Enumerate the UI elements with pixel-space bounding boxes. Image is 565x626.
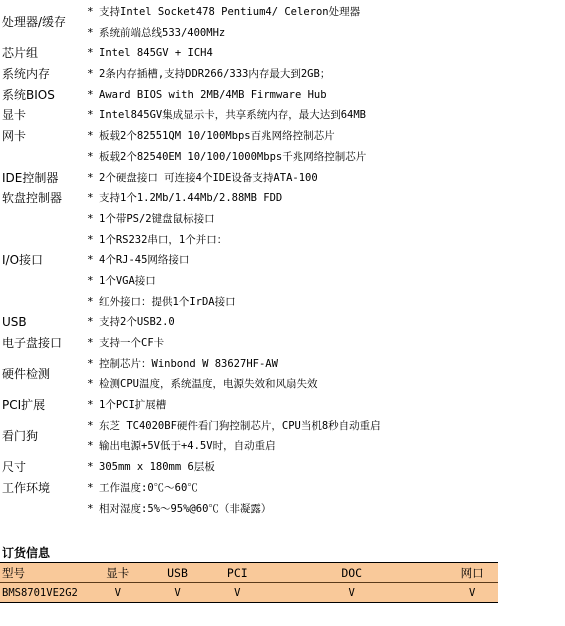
bullet-icon: * [87,271,94,292]
bullet-icon: * [87,374,94,395]
spec-row-cpu-cont: * 系统前端总线533/400MHz [0,23,565,44]
spec-row-chipset: 芯片组 * Intel 845GV + ICH4 [0,43,565,64]
spec-list: 处理器/缓存 * 支持Intel Socket478 Pentium4/ Cel… [0,2,565,519]
spec-item: 1个带PS/2键盘鼠标接口 [99,209,215,230]
header-lan: 网口 [446,563,498,583]
spec-item: 相对湿度:5%～95%@60℃（非凝露） [99,499,271,520]
bullet-icon: * [87,292,94,313]
spec-row-io-4: * 1个VGA接口 [0,271,565,292]
spec-label: 网卡 [2,126,26,147]
bullet-icon: * [87,354,94,375]
spec-row-usb: USB * 支持2个USB2.0 [0,312,565,333]
spec-label: 芯片组 [2,43,38,64]
spec-item: 支持2个USB2.0 [99,312,175,333]
spec-row-io-5: * 红外接口：提供1个IrDA接口 [0,292,565,313]
spec-item: 工作温度:0℃～60℃ [99,478,198,499]
spec-label: 电子盘接口 [2,333,62,354]
spec-row-cpu: 处理器/缓存 * 支持Intel Socket478 Pentium4/ Cel… [0,2,565,23]
spec-item: 支持一个CF卡 [99,333,164,354]
spec-item: 支持Intel Socket478 Pentium4/ Celeron处理器 [99,2,360,23]
header-usb: USB [138,563,218,583]
bullet-icon: * [87,250,94,271]
spec-row-watchdog-cont: * 输出电源+5V低于+4.5V时，自动重启 [0,436,565,457]
bullet-icon: * [87,416,94,437]
cell-lan: V [446,583,498,603]
spec-row-memory: 系统内存 * 2条内存插槽,支持DDR266/333内存最大到2GB； [0,64,565,85]
spec-label: IDE控制器 [2,168,58,189]
spec-row-ide: IDE控制器 * 2个硬盘接口 可连接4个IDE设备支持ATA-100 [0,168,565,189]
spec-label: USB [2,312,27,333]
bullet-icon: * [87,188,94,209]
spec-item: 红外接口：提供1个IrDA接口 [99,292,236,313]
bullet-icon: * [87,126,94,147]
spec-item: 东芝 TC4020BF硬件看门狗控制芯片，CPU当机8秒自动重启 [99,416,381,437]
cell-model: BMS8701VE2G2 [0,583,98,603]
spec-row-network: 网卡 * 板载2个82551QM 10/100Mbps百兆网络控制芯片 [0,126,565,147]
cell-usb: V [138,583,218,603]
spec-item: 1个PCI扩展槽 [99,395,166,416]
spec-label: 显卡 [2,105,26,126]
spec-row-graphics: 显卡 * Intel845GV集成显示卡，共享系统内存，最大达到64MB [0,105,565,126]
spec-item: 系统前端总线533/400MHz [99,23,225,44]
order-table-header: 型号 显卡 USB PCI DOC 网口 [0,563,498,583]
spec-row-hw-monitor-cont: * 检测CPU温度，系统温度，电源失效和风扇失效 [0,374,565,395]
spec-label: PCI扩展 [2,395,45,416]
bullet-icon: * [87,105,94,126]
spec-item: 1个RS232串口，1个并口： [99,230,227,251]
order-info-title: 订货信息 [2,544,50,561]
header-graphics: 显卡 [98,563,138,583]
header-model: 型号 [0,563,98,583]
spec-row-bios: 系统BIOS * Award BIOS with 2MB/4MB Firmwar… [0,85,565,106]
spec-label: 工作环境 [2,478,50,499]
spec-row-environment: 工作环境 * 工作温度:0℃～60℃ [0,478,565,499]
spec-item: 2个硬盘接口 可连接4个IDE设备支持ATA-100 [99,168,318,189]
spec-item: 支持1个1.2Mb/1.44Mb/2.88MB FDD [99,188,282,209]
spec-label: I/O接口 [2,250,43,271]
spec-item: 板载2个82540EM 10/100/1000Mbps千兆网络控制芯片 [99,147,366,168]
bullet-icon: * [87,499,94,520]
spec-row-io-1: * 1个带PS/2键盘鼠标接口 [0,209,565,230]
spec-item: Intel 845GV + ICH4 [99,43,213,64]
bullet-icon: * [87,168,94,189]
header-doc: DOC [257,563,446,583]
header-pci: PCI [217,563,257,583]
spec-row-io-2: * 1个RS232串口，1个并口： [0,230,565,251]
cell-graphics: V [98,583,138,603]
bullet-icon: * [87,85,94,106]
spec-item: 板载2个82551QM 10/100Mbps百兆网络控制芯片 [99,126,335,147]
spec-label: 软盘控制器 [2,188,62,209]
bullet-icon: * [87,457,94,478]
spec-item: 2条内存插槽,支持DDR266/333内存最大到2GB； [99,64,330,85]
spec-row-disk-on-chip: 电子盘接口 * 支持一个CF卡 [0,333,565,354]
spec-row-hw-monitor: 硬件检测 * 控制芯片：Winbond W 83627HF-AW [0,354,565,375]
bullet-icon: * [87,395,94,416]
order-table: 型号 显卡 USB PCI DOC 网口 BMS8701VE2G2 V V V … [0,562,498,603]
table-row: BMS8701VE2G2 V V V V V [0,583,498,603]
spec-row-io-3: I/O接口 * 4个RJ-45网络接口 [0,250,565,271]
bullet-icon: * [87,209,94,230]
spec-row-pci: PCI扩展 * 1个PCI扩展槽 [0,395,565,416]
spec-row-dimensions: 尺寸 * 305mm x 180mm 6层板 [0,457,565,478]
spec-item: Intel845GV集成显示卡，共享系统内存，最大达到64MB [99,105,366,126]
bullet-icon: * [87,312,94,333]
bullet-icon: * [87,436,94,457]
spec-row-floppy: 软盘控制器 * 支持1个1.2Mb/1.44Mb/2.88MB FDD [0,188,565,209]
spec-item: 检测CPU温度，系统温度，电源失效和风扇失效 [99,374,317,395]
spec-row-network-cont: * 板载2个82540EM 10/100/1000Mbps千兆网络控制芯片 [0,147,565,168]
spec-row-watchdog: 看门狗 * 东芝 TC4020BF硬件看门狗控制芯片，CPU当机8秒自动重启 [0,416,565,437]
spec-item: 4个RJ-45网络接口 [99,250,189,271]
spec-item: 305mm x 180mm 6层板 [99,457,215,478]
bullet-icon: * [87,333,94,354]
bullet-icon: * [87,478,94,499]
bullet-icon: * [87,64,94,85]
cell-doc: V [257,583,446,603]
spec-label: 系统内存 [2,64,50,85]
spec-label: 系统BIOS [2,85,55,106]
spec-item: 1个VGA接口 [99,271,156,292]
bullet-icon: * [87,43,94,64]
spec-row-environment-cont: * 相对湿度:5%～95%@60℃（非凝露） [0,499,565,520]
bullet-icon: * [87,2,94,23]
cell-pci: V [217,583,257,603]
bullet-icon: * [87,230,94,251]
bullet-icon: * [87,147,94,168]
spec-label: 尺寸 [2,457,26,478]
spec-item: 输出电源+5V低于+4.5V时，自动重启 [99,436,276,457]
spec-item: Award BIOS with 2MB/4MB Firmware Hub [99,85,327,106]
spec-item: 控制芯片：Winbond W 83627HF-AW [99,354,278,375]
bullet-icon: * [87,23,94,44]
